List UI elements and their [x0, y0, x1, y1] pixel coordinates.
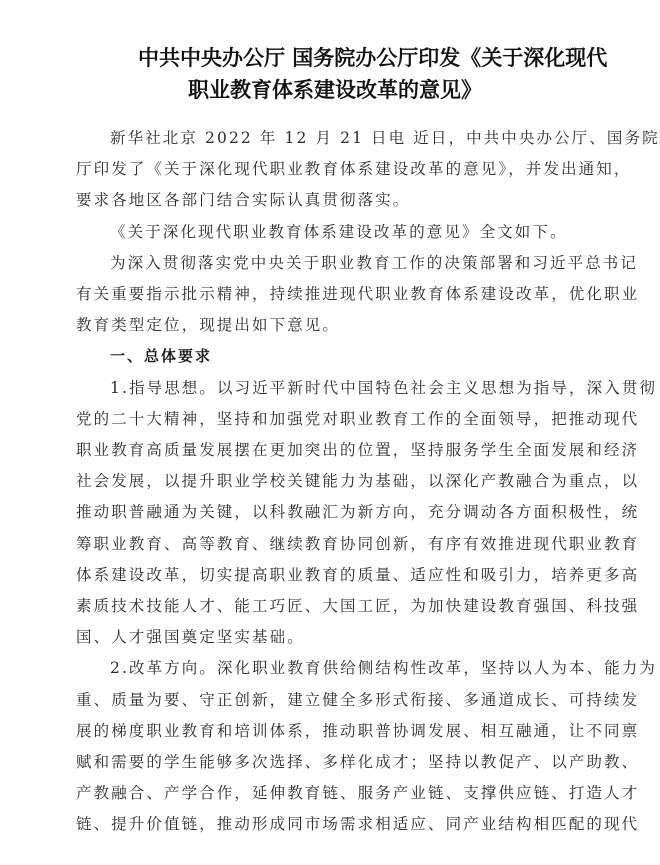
document-page: 中共中央办公厅 国务院办公厅印发《关于深化现代 职业教育体系建设改革的意见》 新… [0, 0, 660, 865]
paragraph-fulltext-note: 《关于深化现代职业教育体系建设改革的意见》全文如下。 [76, 217, 596, 248]
text-line: 2.改革方向。深化职业教育供给侧结构性改革，坚持以人为本、能力为 [76, 653, 596, 684]
text-line: 链、提升价值链，推动形成同市场需求相适应、同产业结构相匹配的现代 [76, 809, 596, 840]
paragraph-preamble: 为深入贯彻落实党中央关于职业教育工作的决策部署和习近平总书记 有关重要指示批示精… [76, 248, 596, 342]
heading-text: 一、总体要求 [76, 341, 596, 372]
document-title: 中共中央办公厅 国务院办公厅印发《关于深化现代 职业教育体系建设改革的意见》 [0, 42, 660, 106]
text-line: 《关于深化现代职业教育体系建设改革的意见》全文如下。 [76, 217, 596, 248]
text-line: 产教融合、产学合作，延伸教育链、服务产业链、支撑供应链、打造人才 [76, 778, 596, 809]
paragraph-guiding-ideology: 1.指导思想。以习近平新时代中国特色社会主义思想为指导，深入贯彻 党的二十大精神… [76, 373, 596, 654]
text-line: 体系建设改革，切实提高职业教育的质量、适应性和吸引力，培养更多高 [76, 560, 596, 591]
text-line: 党的二十大精神，坚持和加强党对职业教育工作的全面领导，把推动现代 [76, 404, 596, 435]
paragraph-dateline: 新华社北京 2022 年 12 月 21 日电 近日，中共中央办公厅、国务院办公… [76, 123, 596, 217]
text-line: 1.指导思想。以习近平新时代中国特色社会主义思想为指导，深入贯彻 [76, 373, 596, 404]
text-line: 素质技术技能人才、能工巧匠、大国工匠，为加快建设教育强国、科技强 [76, 591, 596, 622]
title-line-2: 职业教育体系建设改革的意见》 [0, 74, 660, 106]
text-line: 重、质量为要、守正创新，建立健全多形式衔接、多通道成长、可持续发 [76, 685, 596, 716]
document-body: 新华社北京 2022 年 12 月 21 日电 近日，中共中央办公厅、国务院办公… [76, 123, 596, 841]
text-line: 筹职业教育、高等教育、继续教育协同创新，有序有效推进现代职业教育 [76, 529, 596, 560]
section-heading-general-requirements: 一、总体要求 [76, 341, 596, 372]
text-line: 有关重要指示批示精神，持续推进现代职业教育体系建设改革，优化职业 [76, 279, 596, 310]
text-line: 为深入贯彻落实党中央关于职业教育工作的决策部署和习近平总书记 [76, 248, 596, 279]
text-line: 新华社北京 2022 年 12 月 21 日电 近日，中共中央办公厅、国务院办公 [76, 123, 596, 154]
text-line: 展的梯度职业教育和培训体系，推动职普协调发展、相互融通，让不同禀 [76, 716, 596, 747]
paragraph-reform-direction: 2.改革方向。深化职业教育供给侧结构性改革，坚持以人为本、能力为 重、质量为要、… [76, 653, 596, 840]
text-line: 教育类型定位，现提出如下意见。 [76, 310, 596, 341]
text-line: 赋和需要的学生能够多次选择、多样化成才；坚持以教促产、以产助教、 [76, 747, 596, 778]
text-line: 厅印发了《关于深化现代职业教育体系建设改革的意见》，并发出通知， [76, 154, 596, 185]
text-line: 国、人才强国奠定坚实基础。 [76, 622, 596, 653]
text-line: 社会发展，以提升职业学校关键能力为基础，以深化产教融合为重点，以 [76, 466, 596, 497]
text-line: 推动职普融通为关键，以科教融汇为新方向，充分调动各方面积极性，统 [76, 497, 596, 528]
title-line-1: 中共中央办公厅 国务院办公厅印发《关于深化现代 [0, 42, 660, 74]
text-line: 要求各地区各部门结合实际认真贯彻落实。 [76, 185, 596, 216]
text-line: 职业教育高质量发展摆在更加突出的位置，坚持服务学生全面发展和经济 [76, 435, 596, 466]
